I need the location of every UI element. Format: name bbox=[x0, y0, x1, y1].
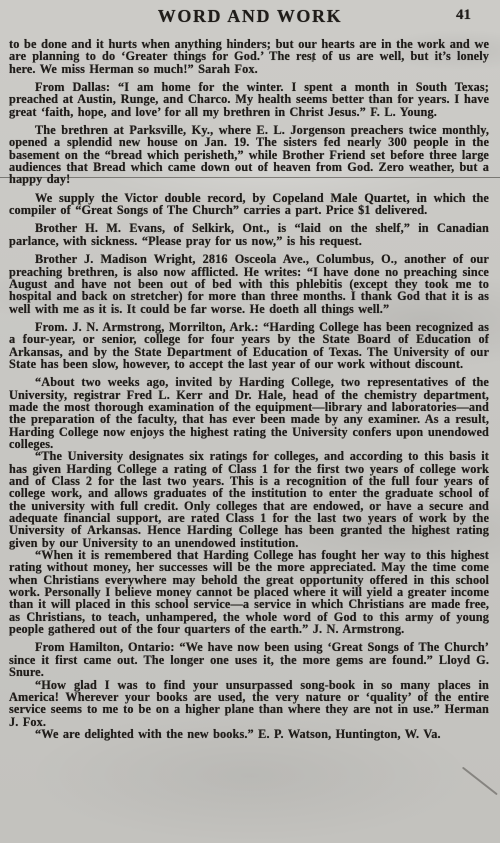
article-body: to be done and it hurts when anything hi… bbox=[0, 38, 500, 740]
paragraph-6: Brother J. Madison Wright, 2816 Osceola … bbox=[9, 253, 489, 315]
paragraph-12: “How glad I was to find your unsurpassed… bbox=[9, 679, 489, 728]
paragraph-8: “About two weeks ago, invited by Harding… bbox=[9, 376, 489, 450]
scan-artifact-crease-line bbox=[0, 177, 500, 178]
page-header: WORD AND WORK 41 bbox=[0, 0, 500, 38]
paragraph-2: From Dallas: “I am home for the winter. … bbox=[9, 81, 489, 118]
paragraph-11: From Hamilton, Ontario: “We have now bee… bbox=[9, 641, 489, 678]
page-number: 41 bbox=[456, 7, 471, 24]
magazine-page: WORD AND WORK 41 to be done and it hurts… bbox=[0, 0, 500, 843]
paragraph-9: “The University designates six ratings f… bbox=[9, 450, 489, 549]
scan-artifact-scratch bbox=[462, 767, 498, 795]
paragraph-10: “When it is remembered that Harding Coll… bbox=[9, 549, 489, 635]
paragraph-13: “We are delighted with the new books.” E… bbox=[9, 728, 489, 740]
paragraph-5: Brother H. M. Evans, of Selkirk, Ont., i… bbox=[9, 222, 489, 247]
paragraph-1: to be done and it hurts when anything hi… bbox=[9, 38, 489, 75]
paragraph-4: We supply the Victor double record, by C… bbox=[9, 192, 489, 217]
page-title: WORD AND WORK bbox=[158, 6, 342, 27]
paragraph-7: From. J. N. Armstrong, Morrilton, Ark.: … bbox=[9, 321, 489, 370]
